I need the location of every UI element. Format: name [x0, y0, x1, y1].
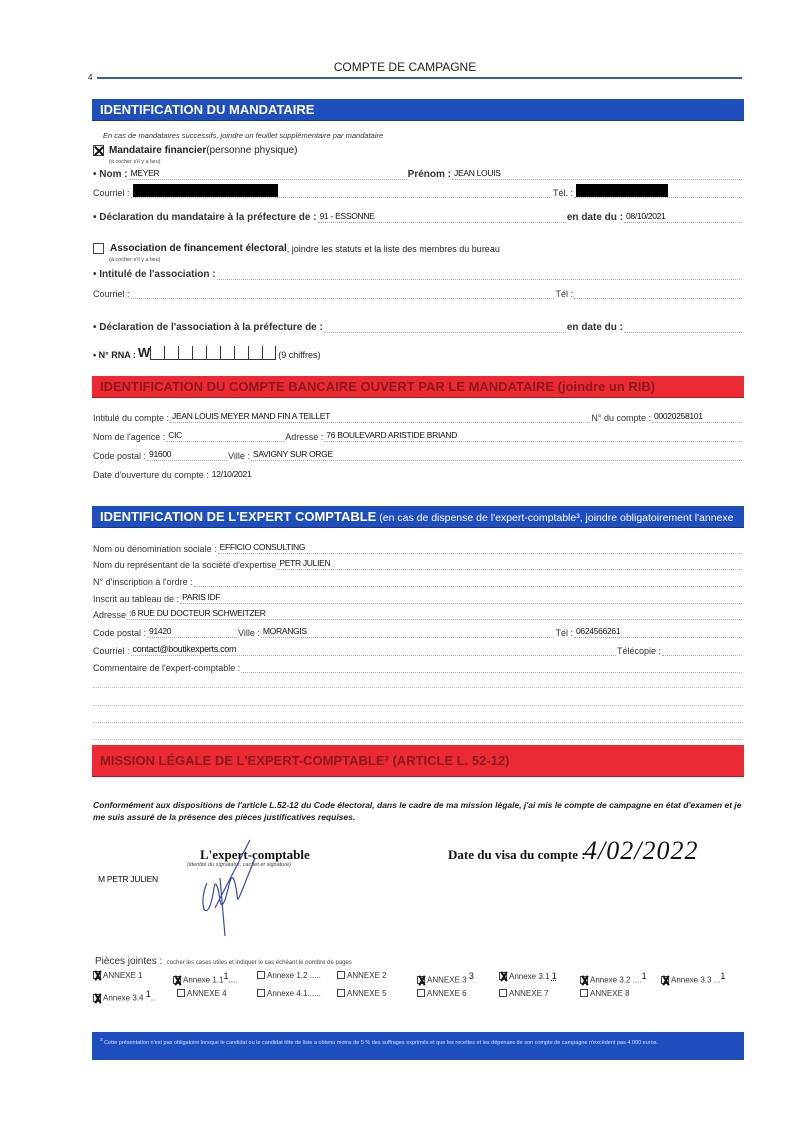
- annex-checkbox[interactable]: [173, 976, 181, 984]
- annex-item-annexe-8[interactable]: ANNEXE 8: [580, 989, 630, 998]
- ville-expert-field[interactable]: MORANGIS: [261, 628, 555, 638]
- tableau-field[interactable]: PARIS IDF: [180, 594, 742, 604]
- commentaire-line[interactable]: [93, 739, 743, 740]
- representant-value: PETR JULIEN: [279, 558, 330, 568]
- ville-expert-value: MORANGIS: [263, 626, 307, 636]
- annex-label: ANNEXE 1: [103, 971, 143, 980]
- cp-expert-field[interactable]: 91420: [147, 628, 237, 638]
- annex-item-annexe-1-2[interactable]: Annexe 1.2 .....: [257, 971, 321, 980]
- footnote-text: Cette présentation n'est pas obligatoire…: [104, 1040, 658, 1046]
- association-label: Association de financement électoral: [110, 243, 287, 254]
- courriel-field[interactable]: [131, 188, 552, 198]
- ville-compte-field[interactable]: SAVIGNY SUR ORGE: [251, 451, 742, 461]
- annex-label: Annexe 1.1: [183, 976, 223, 985]
- annex-checkbox[interactable]: [257, 971, 265, 979]
- legal-statement: Conformément aux dispositions de l'artic…: [93, 799, 743, 823]
- adresse-expert-label: Adresse: [93, 610, 126, 620]
- tel-expert-value: 0624566261: [576, 626, 620, 636]
- declaration-label: • Déclaration du mandataire à la préfect…: [93, 212, 317, 223]
- pieces-jointes-header: Pièces jointes : cocher les cases utiles…: [95, 951, 352, 969]
- inscription-row: N° d'inscription à l'ordre :: [93, 573, 743, 587]
- rna-digit-box[interactable]: [220, 346, 234, 360]
- annex-checkbox[interactable]: [257, 989, 265, 997]
- tel-expert-label: Tél :: [555, 628, 573, 638]
- ouverture-field[interactable]: 12/10/2021: [210, 470, 392, 480]
- annex-checkbox[interactable]: [93, 971, 101, 979]
- cp-expert-label: Code postal :: [93, 628, 146, 638]
- ouverture-value: 12/10/2021: [212, 469, 252, 479]
- adresse-agence-value: 76 BOULEVARD ARISTIDE BRIAND: [326, 430, 457, 440]
- commentaire-label: Commentaire de l'expert-comptable :: [93, 663, 240, 673]
- annex-checkbox[interactable]: [580, 976, 588, 984]
- redacted-email: [133, 184, 278, 197]
- association-label-rest: , joindre les statuts et la liste des me…: [287, 244, 500, 254]
- section-title: IDENTIFICATION DU COMPTE BANCAIRE OUVERT…: [100, 379, 655, 394]
- annex-label: Annexe 3.2 ....: [590, 976, 642, 985]
- annex-page-count[interactable]: 3: [469, 971, 474, 981]
- header-rule: [97, 77, 742, 79]
- numero-compte-value: 00020258101: [654, 411, 703, 421]
- annex-item-annexe-6[interactable]: ANNEXE 6: [417, 989, 467, 998]
- association-tel-field[interactable]: [574, 289, 742, 299]
- telecopie-field[interactable]: [662, 646, 742, 656]
- courriel-expert-label: Courriel :: [93, 646, 130, 656]
- declaration-field[interactable]: 91 - ESSONNE: [318, 213, 566, 223]
- annex-label: ANNEXE 2: [347, 971, 387, 980]
- agence-field[interactable]: CIC: [166, 432, 284, 442]
- tel-label: Tél. :: [553, 188, 573, 198]
- cp-compte-value: 91600: [149, 449, 171, 459]
- annex-label: Annexe 4.1......: [267, 989, 321, 998]
- annex-checkbox[interactable]: [499, 972, 507, 980]
- nom-value: MEYER: [131, 168, 160, 178]
- rna-digit-box[interactable]: [178, 346, 192, 360]
- section-title: MISSION LÉGALE DE L'EXPERT-COMPTABLE³ (A…: [100, 753, 510, 768]
- association-courriel-label: Courriel :: [93, 289, 130, 299]
- annex-item-annexe-4[interactable]: ANNEXE 4: [177, 989, 227, 998]
- intitule-association-label: • Intitulé de l'association :: [93, 269, 216, 280]
- pieces-jointes-label: Pièces jointes :: [95, 956, 162, 967]
- annex-checkbox[interactable]: [337, 971, 345, 979]
- footnote-box: 3 Cette présentation n'est pas obligatoi…: [92, 1032, 744, 1060]
- prenom-field[interactable]: JEAN LOUIS: [452, 170, 742, 180]
- rna-digit-box[interactable]: [192, 346, 206, 360]
- intitule-compte-field[interactable]: JEAN LOUIS MEYER MAND FIN A TEILLET: [170, 413, 590, 423]
- numero-compte-label: N° du compte :: [591, 413, 651, 423]
- annex-item-annexe-7[interactable]: ANNEXE 7: [499, 989, 549, 998]
- rna-digit-box[interactable]: [150, 346, 164, 360]
- courriel-label: Courriel :: [93, 188, 130, 198]
- declaration-association-label: • Déclaration de l'association à la préf…: [93, 322, 323, 333]
- courriel-expert-row: Courriel : contact@boutikexperts.com Tél…: [93, 642, 743, 656]
- mandataire-financier-hint: (à cocher s'il y a lieu): [109, 159, 161, 165]
- intitule-association-field[interactable]: [217, 270, 742, 280]
- intitule-compte-label: Intitulé du compte :: [93, 413, 169, 423]
- rna-row: • N° RNA : W (9 chiffres): [93, 345, 321, 360]
- commentaire-field[interactable]: [241, 663, 742, 673]
- declaration-association-field[interactable]: [324, 323, 566, 333]
- annex-item-annexe-5[interactable]: ANNEXE 5: [337, 989, 387, 998]
- commentaire-line[interactable]: [93, 722, 743, 723]
- ville-compte-label: Ville :: [228, 451, 250, 461]
- annex-label: Annexe 3.4: [103, 994, 143, 1003]
- annex-label: ANNEXE 8: [590, 989, 630, 998]
- date-label: en date du :: [567, 212, 623, 223]
- rna-digit-box[interactable]: [262, 346, 276, 360]
- section-header-compte: IDENTIFICATION DU COMPTE BANCAIRE OUVERT…: [92, 376, 744, 398]
- association-hint: (à cocher s'il y a lieu): [109, 257, 161, 263]
- rna-digit-box[interactable]: [234, 346, 248, 360]
- association-date-field[interactable]: [624, 323, 742, 333]
- signatory-name: M PETR JULIEN: [98, 874, 158, 884]
- annex-page-count[interactable]: 1: [720, 971, 725, 981]
- mandataire-note: En cas de mandataires successifs, joindr…: [103, 131, 383, 140]
- numero-compte-field[interactable]: 00020258101: [652, 413, 742, 423]
- denomination-value: EFFICIO CONSULTING: [220, 542, 306, 552]
- annex-checkbox[interactable]: [177, 989, 185, 997]
- cp-ville-expert-row: Code postal : 91420 Ville : MORANGIS Tél…: [93, 624, 743, 638]
- intitule-compte-row: Intitulé du compte : JEAN LOUIS MEYER MA…: [93, 409, 743, 423]
- section-title: IDENTIFICATION DU MANDATAIRE: [100, 102, 314, 117]
- page-number: 4: [88, 73, 92, 82]
- annex-checkbox[interactable]: [417, 989, 425, 997]
- annex-page-count[interactable]: 1: [642, 971, 647, 981]
- annex-checkbox[interactable]: [661, 976, 669, 984]
- annex-checkbox[interactable]: [93, 994, 101, 1002]
- prenom-label: Prénom :: [408, 169, 451, 180]
- date-field[interactable]: 08/10/2021: [624, 213, 742, 223]
- denomination-row: Nom ou dénomination sociale : EFFICIO CO…: [93, 540, 743, 554]
- telecopie-label: Télécopie :: [617, 646, 661, 656]
- rna-input-boxes[interactable]: [150, 346, 276, 360]
- mandataire-financier-checkbox[interactable]: [93, 145, 104, 156]
- intitule-association-row: • Intitulé de l'association :: [93, 266, 743, 280]
- section-header-mission: MISSION LÉGALE DE L'EXPERT-COMPTABLE³ (A…: [92, 745, 744, 777]
- annex-item-annexe-3[interactable]: ANNEXE 3 3: [417, 971, 474, 985]
- annex-page-count[interactable]: 1: [552, 971, 557, 981]
- annex-label: ANNEXE 5: [347, 989, 387, 998]
- agence-row: Nom de l'agence : CIC Adresse : 76 BOULE…: [93, 428, 743, 442]
- tel-expert-field[interactable]: 0624566261: [574, 628, 742, 638]
- redacted-phone: [576, 184, 668, 197]
- annex-item-annexe-3-4[interactable]: Annexe 3.4 1..: [93, 989, 155, 1003]
- cp-ville-compte-row: Code postal : 91600 Ville : SAVIGNY SUR …: [93, 447, 743, 461]
- annex-item-annexe-3-2[interactable]: Annexe 3.2 ....1: [580, 971, 647, 985]
- nom-label: • Nom :: [93, 169, 128, 180]
- mandataire-financier-label: Mandataire financier: [109, 145, 206, 156]
- adresse-expert-field[interactable]: :6 RUE DU DOCTEUR SCHWEITZER: [127, 610, 742, 620]
- representant-label: Nom du représentant de la société d'expe…: [93, 560, 276, 570]
- tel-field[interactable]: [574, 188, 742, 198]
- cp-compte-label: Code postal :: [93, 451, 146, 461]
- annex-item-annexe-4-1[interactable]: Annexe 4.1......: [257, 989, 321, 998]
- mandataire-financier-label-rest: (personne physique): [206, 145, 297, 156]
- nom-field[interactable]: MEYER: [129, 170, 407, 180]
- representant-row: Nom du représentant de la société d'expe…: [93, 556, 743, 570]
- annex-checkbox[interactable]: [417, 976, 425, 984]
- annex-item-annexe-2[interactable]: ANNEXE 2: [337, 971, 387, 980]
- annex-label: Annexe 3.1: [509, 972, 549, 981]
- annex-label: ANNEXE 4: [187, 989, 227, 998]
- annex-label: Annexe 1.2 .....: [267, 971, 321, 980]
- tableau-row: Inscrit au tableau de : PARIS IDF: [93, 590, 743, 604]
- mandataire-financier-option[interactable]: Mandataire financier (personne physique): [93, 145, 297, 156]
- courriel-expert-field[interactable]: contact@boutikexperts.com: [131, 646, 616, 656]
- association-courriel-field[interactable]: [131, 289, 555, 299]
- adresse-agence-label: Adresse :: [285, 432, 323, 442]
- annex-label: Annexe 3.3 ...: [671, 976, 720, 985]
- association-option[interactable]: Association de financement électoral, jo…: [93, 243, 500, 254]
- ville-compte-value: SAVIGNY SUR ORGE: [253, 449, 333, 459]
- annex-label: ANNEXE 6: [427, 989, 467, 998]
- adresse-agence-field[interactable]: 76 BOULEVARD ARISTIDE BRIAND: [324, 432, 742, 442]
- agence-value: CIC: [168, 430, 182, 440]
- courriel-expert-value: contact@boutikexperts.com: [133, 644, 237, 654]
- courriel-tel-row: Courriel : Tél. :: [93, 184, 743, 198]
- adresse-expert-row: Adresse :6 RUE DU DOCTEUR SCHWEITZER: [93, 606, 743, 620]
- annex-item-annexe-1-1[interactable]: Annexe 1.11....: [173, 971, 237, 985]
- annex-checkbox[interactable]: [580, 989, 588, 997]
- annex-item-annexe-3-1[interactable]: Annexe 3.1 1: [499, 971, 557, 981]
- annex-checkbox[interactable]: [337, 989, 345, 997]
- cp-expert-value: 91420: [149, 626, 171, 636]
- declaration-mandataire-row: • Déclaration du mandataire à la préfect…: [93, 209, 743, 223]
- section-header-mandataire: IDENTIFICATION DU MANDATAIRE: [92, 99, 744, 121]
- association-tel-label: Tél :: [555, 289, 573, 299]
- annex-label: ANNEXE 3: [427, 976, 467, 985]
- denomination-field[interactable]: EFFICIO CONSULTING: [218, 544, 742, 554]
- association-courriel-row: Courriel : Tél :: [93, 285, 743, 299]
- adresse-expert-value: :6 RUE DU DOCTEUR SCHWEITZER: [129, 608, 266, 618]
- annex-item-annexe-3-3[interactable]: Annexe 3.3 ...1: [661, 971, 725, 985]
- tableau-label: Inscrit au tableau de :: [93, 594, 179, 604]
- footnote-marker: 3: [100, 1037, 103, 1042]
- commentaire-line[interactable]: [93, 705, 743, 706]
- inscription-field[interactable]: [194, 577, 742, 587]
- rna-suffix: (9 chiffres): [278, 350, 320, 360]
- denomination-label: Nom ou dénomination sociale :: [93, 544, 217, 554]
- ouverture-label: Date d'ouverture du compte :: [93, 470, 209, 480]
- ouverture-row: Date d'ouverture du compte : 12/10/2021: [93, 466, 393, 480]
- representant-field[interactable]: PETR JULIEN: [277, 560, 742, 570]
- section-header-expert: IDENTIFICATION DE L'EXPERT COMPTABLE (en…: [92, 506, 744, 528]
- rna-label: • N° RNA :: [93, 350, 136, 360]
- commentaire-line[interactable]: [93, 687, 743, 688]
- association-date-label: en date du :: [567, 322, 623, 333]
- pieces-jointes-hint: cocher les cases utiles et indiquer le c…: [167, 960, 352, 966]
- declaration-association-row: • Déclaration de l'association à la préf…: [93, 319, 743, 333]
- signature-image: [195, 838, 270, 938]
- tableau-value: PARIS IDF: [182, 592, 220, 602]
- date-value: 08/10/2021: [626, 211, 666, 221]
- rna-prefix: W: [138, 345, 150, 360]
- page-title: COMPTE DE CAMPAGNE: [0, 60, 810, 74]
- inscription-label: N° d'inscription à l'ordre :: [93, 577, 193, 587]
- association-checkbox[interactable]: [93, 243, 104, 254]
- visa-date-handwritten: 4/02/2022: [584, 836, 698, 866]
- rna-digit-box[interactable]: [206, 346, 220, 360]
- section-subtitle: (en cas de dispense de l'expert-comptabl…: [376, 512, 733, 524]
- annex-checkbox[interactable]: [499, 989, 507, 997]
- rna-digit-box[interactable]: [248, 346, 262, 360]
- prenom-value: JEAN LOUIS: [454, 168, 501, 178]
- section-title: IDENTIFICATION DE L'EXPERT COMPTABLE: [100, 509, 376, 524]
- declaration-value: 91 - ESSONNE: [320, 211, 375, 221]
- commentaire-row: Commentaire de l'expert-comptable :: [93, 659, 743, 673]
- rna-digit-box[interactable]: [164, 346, 178, 360]
- intitule-compte-value: JEAN LOUIS MEYER MAND FIN A TEILLET: [172, 411, 330, 421]
- nom-prenom-row: • Nom : MEYER Prénom : JEAN LOUIS: [93, 166, 743, 180]
- agence-label: Nom de l'agence :: [93, 432, 165, 442]
- ville-expert-label: Ville :: [238, 628, 260, 638]
- annex-item-annexe-1[interactable]: ANNEXE 1: [93, 971, 143, 980]
- cp-compte-field[interactable]: 91600: [147, 451, 227, 461]
- visa-label: Date du visa du compte :: [448, 847, 586, 863]
- annex-label: ANNEXE 7: [509, 989, 549, 998]
